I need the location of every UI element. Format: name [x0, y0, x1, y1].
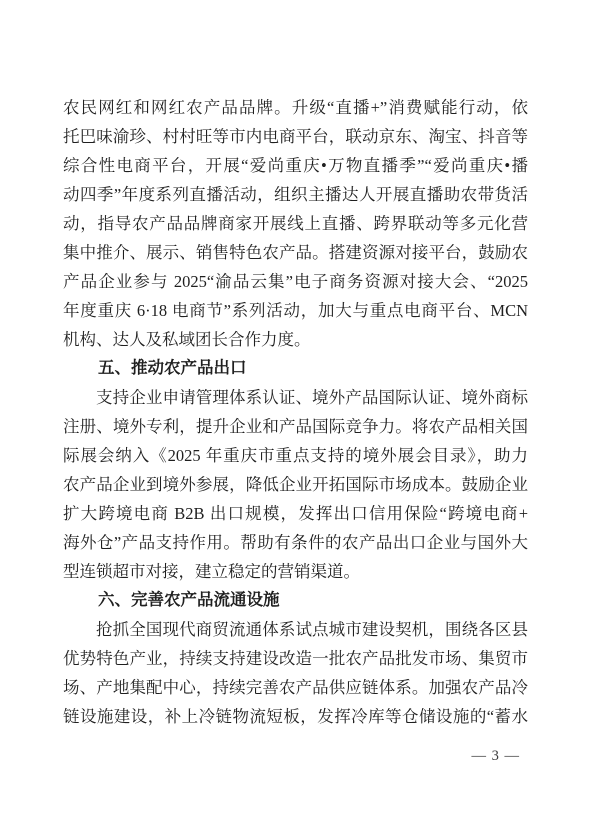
document-line: 综合性电商平台，开展“爱尚重庆•万物直播季”“爱尚重庆•播	[63, 151, 528, 180]
document-line: 动四季”年度系列直播活动，组织主播达人开展直播助农带货活	[63, 180, 528, 209]
document-line: 农产品企业到境外参展，降低企业开拓国际市场成本。鼓励企业	[63, 470, 528, 499]
document-line: 产品企业参与 2025“渝品云集”电子商务资源对接大会、“2025	[63, 267, 528, 296]
document-line: 托巴味渝珍、村村旺等市内电商平台，联动京东、淘宝、抖音等	[63, 122, 528, 151]
document-line: 海外仓”产品支持作用。帮助有条件的农产品出口企业与国外大	[63, 528, 528, 557]
document-line: 农民网红和网红农产品品牌。升级“直播+”消费赋能行动，依	[63, 93, 528, 122]
document-line: 型连锁超市对接，建立稳定的营销渠道。	[63, 557, 528, 586]
document-line: 支持企业申请管理体系认证、境外产品国际认证、境外商标	[63, 383, 528, 412]
document-line: 机构、达人及私域团长合作力度。	[63, 325, 528, 354]
document-line: 链设施建设，补上冷链物流短板，发挥冷库等仓储设施的“蓄水	[63, 702, 528, 731]
document-line: 优势特色产业，持续支持建设改造一批农产品批发市场、集贸市	[63, 644, 528, 673]
document-line: 动，指导农产品品牌商家开展线上直播、跨界联动等多元化营销，	[63, 209, 528, 238]
document-line: 抢抓全国现代商贸流通体系试点城市建设契机，围绕各区县	[63, 615, 528, 644]
document-line: 年度重庆 6·18 电商节”系列活动，加大与重点电商平台、MCN	[63, 296, 528, 325]
section-heading-6: 六、完善农产品流通设施	[63, 586, 528, 615]
document-page: 农民网红和网红农产品品牌。升级“直播+”消费赋能行动，依 托巴味渝珍、村村旺等市…	[0, 0, 590, 840]
page-number: — 3 —	[472, 748, 521, 765]
document-line: 场、产地集配中心，持续完善农产品供应链体系。加强农产品冷	[63, 673, 528, 702]
section-heading-5: 五、推动农产品出口	[63, 354, 528, 383]
document-line: 际展会纳入《2025 年重庆市重点支持的境外展会目录》，助力	[63, 441, 528, 470]
document-line: 集中推介、展示、销售特色农产品。搭建资源对接平台，鼓励农	[63, 238, 528, 267]
document-body: 农民网红和网红农产品品牌。升级“直播+”消费赋能行动，依 托巴味渝珍、村村旺等市…	[63, 93, 528, 731]
document-line: 扩大跨境电商 B2B 出口规模，发挥出口信用保险“跨境电商+	[63, 499, 528, 528]
document-line: 注册、境外专利，提升企业和产品国际竞争力。将农产品相关国	[63, 412, 528, 441]
